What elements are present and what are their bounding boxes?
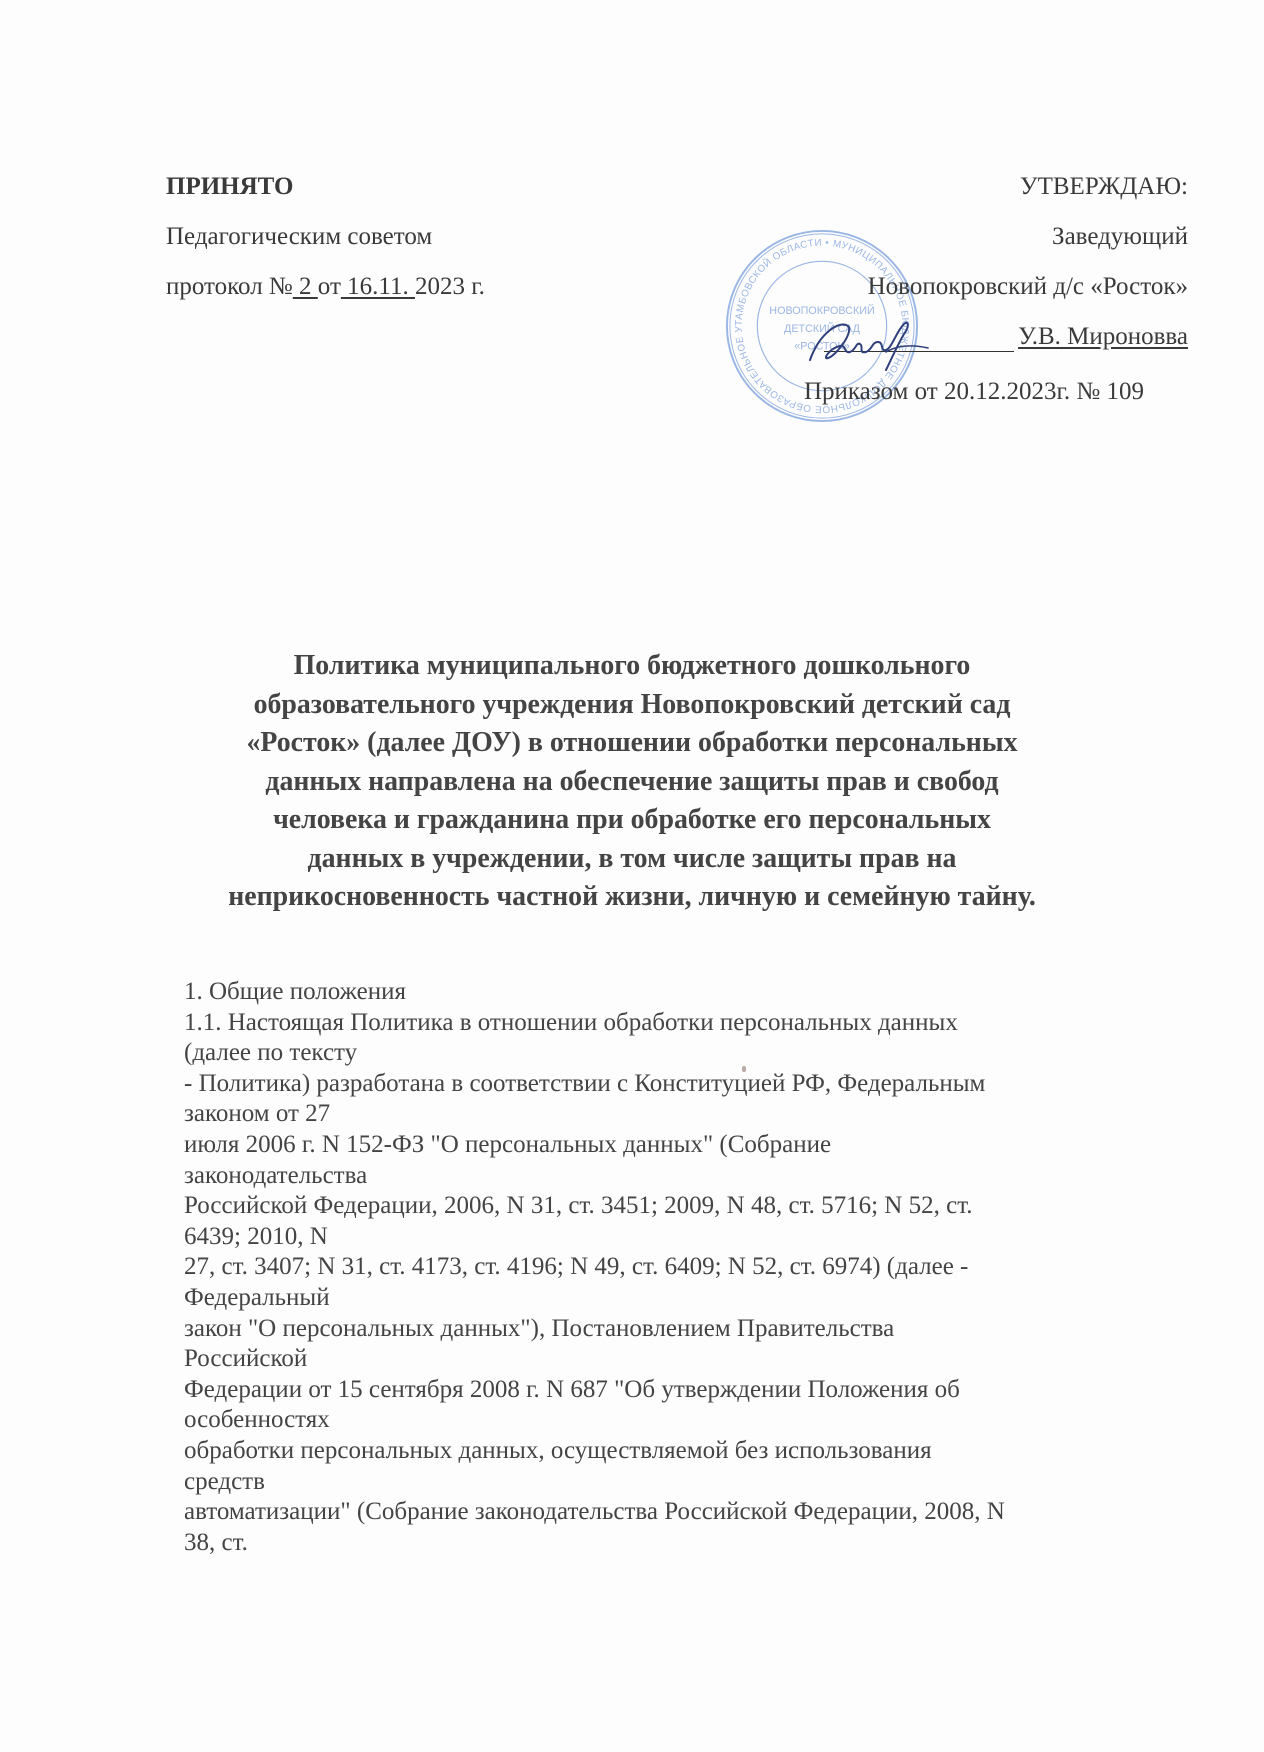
title-line: человека и гражданина при обработке его … [179,800,1085,839]
body-line: 27, ст. 3407; N 31, ст. 4173, ст. 4196; … [184,1252,1174,1283]
title-line: неприкосновенность частной жизни, личную… [179,877,1085,916]
protocol-prefix: протокол № [166,273,293,300]
protocol-year: 2023 г. [415,273,485,300]
protocol-number: 2 [293,273,318,300]
approve-heading: УТВЕРЖДАЮ: [824,172,1188,202]
body-line: - Политика) разработана в соответствии с… [184,1069,1174,1100]
signatory-name: У.В. Мироновва [1018,323,1188,350]
body-line: средств [184,1467,1174,1498]
signature-icon [800,312,940,372]
body-line: законодательства [184,1161,1174,1192]
scan-speck [742,1066,746,1072]
body-line: законом от 27 [184,1099,1174,1130]
body-line: Федеральный [184,1283,1174,1314]
accepted-heading: ПРИНЯТО [166,172,485,202]
document-title: Политика муниципального бюджетного дошко… [179,646,1085,916]
body-line: закон "О персональных данных"), Постанов… [184,1314,1174,1345]
body-line: Российской [184,1344,1174,1375]
body-line: автоматизации" (Собрание законодательств… [184,1497,1174,1528]
protocol-line: протокол № 2 от 16.11. 2023 г. [166,272,485,302]
approval-accepted-block: ПРИНЯТО Педагогическим советом протокол … [166,172,485,322]
accepted-by: Педагогическим советом [166,222,485,252]
title-line: «Росток» (далее ДОУ) в отношении обработ… [179,723,1085,762]
title-line: образовательного учреждения Новопокровск… [179,685,1085,724]
title-line: данных в учреждении, в том числе защиты … [179,839,1085,878]
body-line: Российской Федерации, 2006, N 31, ст. 34… [184,1191,1174,1222]
body-line: (далее по тексту [184,1038,1174,1069]
approver-position: Заведующий [824,222,1188,252]
body-line: 38, ст. [184,1528,1174,1559]
body-line: Федерации от 15 сентября 2008 г. N 687 "… [184,1375,1174,1406]
document-body: 1. Общие положения 1.1. Настоящая Полити… [184,977,1174,1558]
body-line: обработки персональных данных, осуществл… [184,1436,1174,1467]
protocol-date: 16.11. [341,273,415,300]
approver-organization: Новопокровский д/с «Росток» [824,272,1188,302]
body-line: особенностях [184,1405,1174,1436]
body-line: июля 2006 г. N 152-ФЗ "О персональных да… [184,1130,1174,1161]
protocol-from: от [318,273,341,300]
title-line: Политика муниципального бюджетного дошко… [179,646,1085,685]
body-line: 1.1. Настоящая Политика в отношении обра… [184,1008,1174,1039]
section-heading: 1. Общие положения [184,977,1174,1008]
body-line: 6439; 2010, N [184,1222,1174,1253]
title-line: данных направлена на обеспечение защиты … [179,762,1085,801]
approval-order: Приказом от 20.12.2023г. № 109 [804,377,1144,407]
